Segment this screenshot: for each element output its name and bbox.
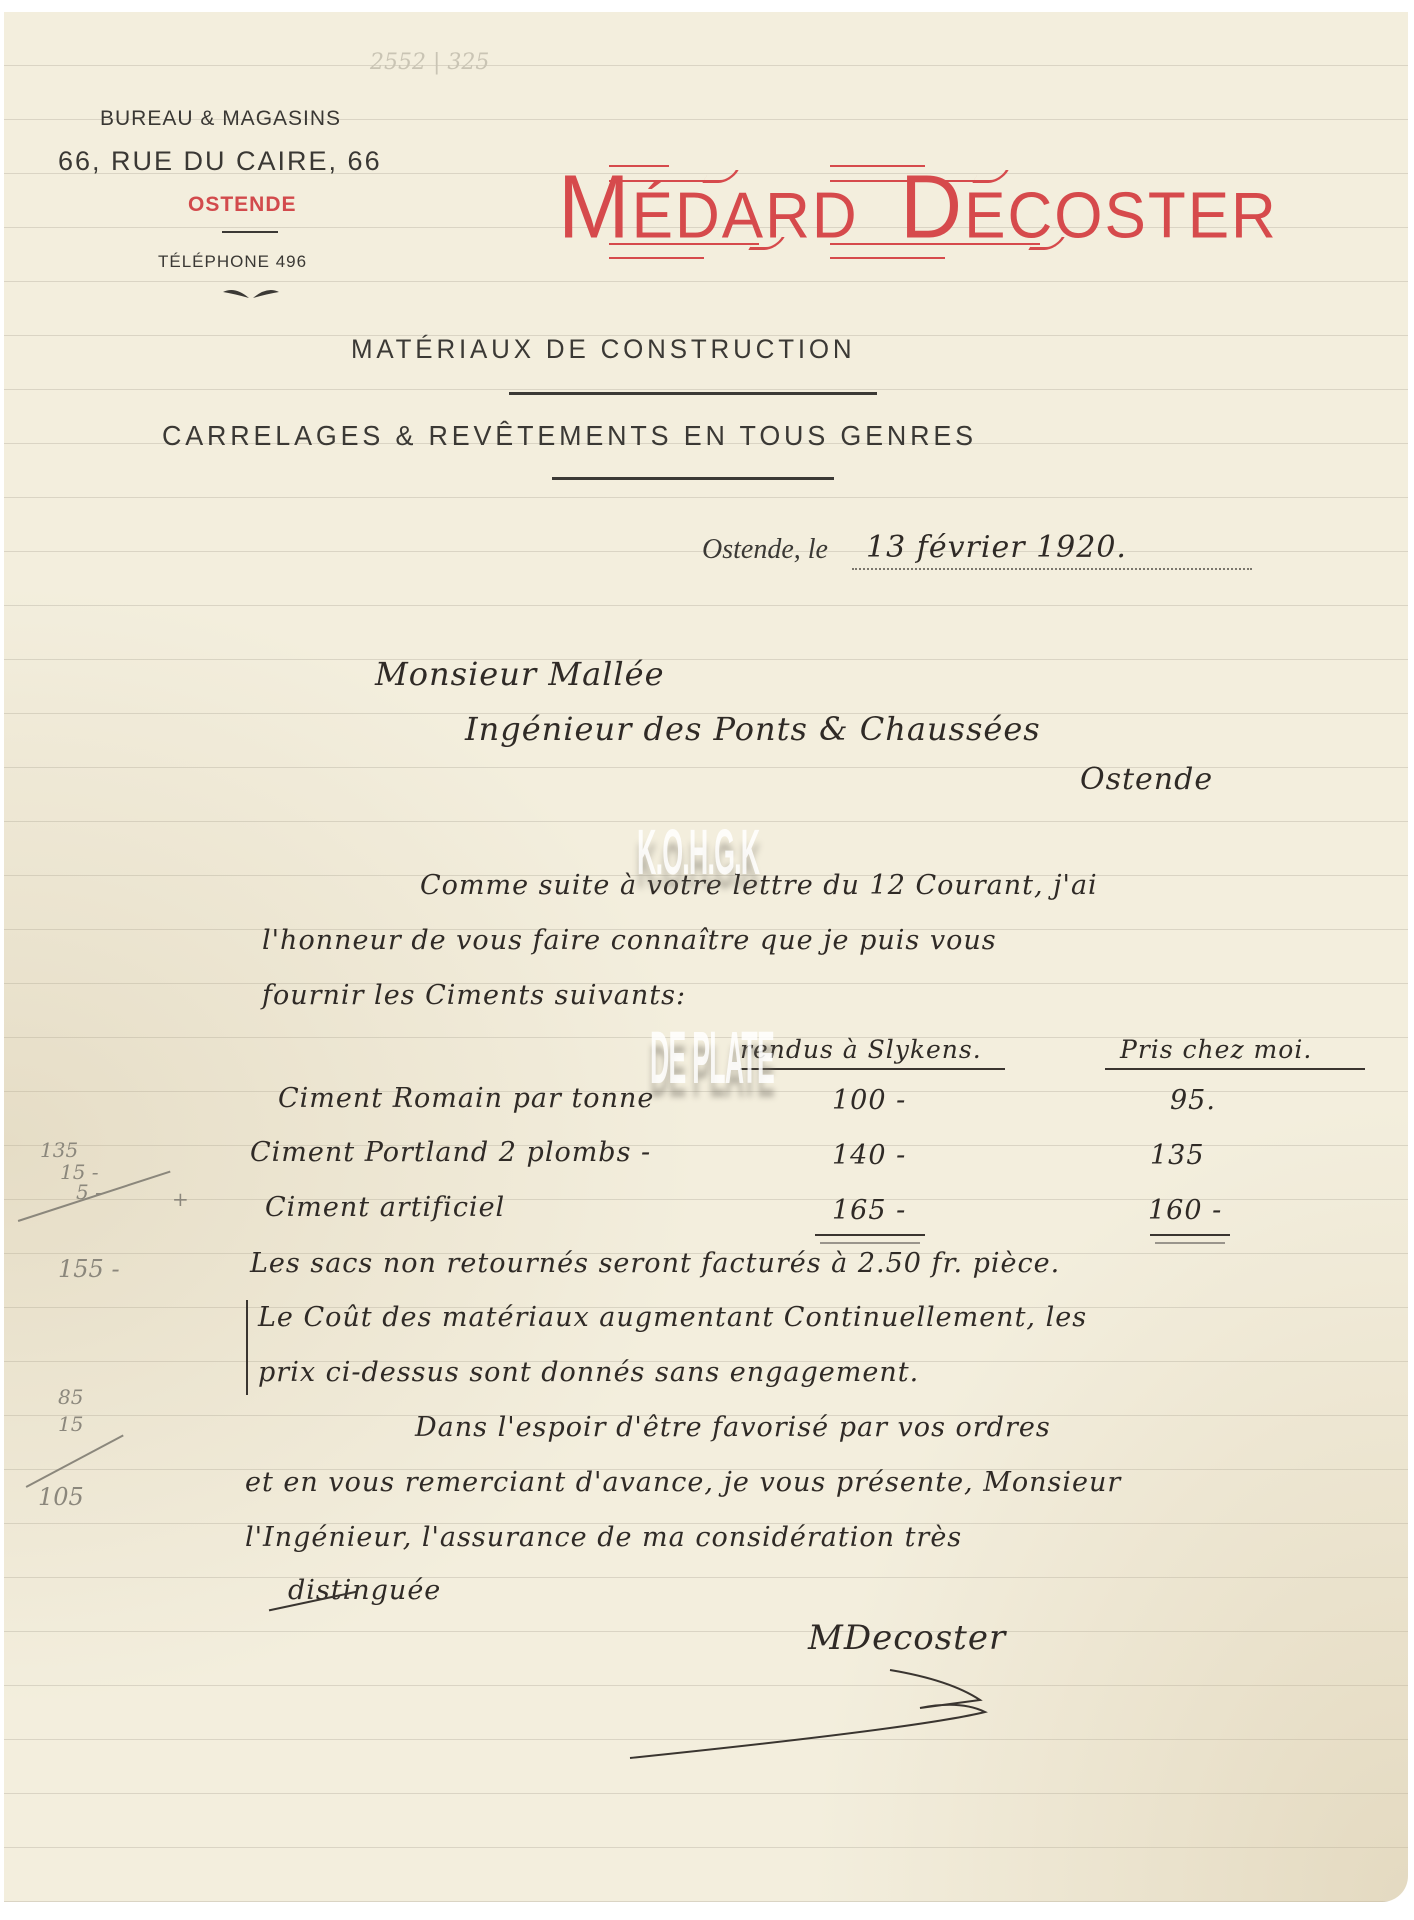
recipient-city: Ostende	[1080, 762, 1213, 797]
brand-rule	[609, 257, 704, 259]
brand-rule	[830, 257, 945, 259]
recipient-title: Ingénieur des Ponts & Chaussées	[465, 710, 1041, 748]
table-row-delivered: 100 -	[832, 1085, 906, 1116]
dateline-date: 13 février 1920.	[866, 530, 1127, 565]
margin-calc-line: 85	[58, 1385, 83, 1409]
total-underline	[1150, 1234, 1230, 1236]
signature-flourish	[620, 1640, 1140, 1760]
brand-rest: ECOSTER	[964, 180, 1278, 252]
tagline-tiles: CARRELAGES & REVÊTEMENTS EN TOUS GENRES	[162, 420, 977, 452]
table-row-item: Ciment artificiel	[265, 1192, 505, 1223]
body-line: et en vous remerciant d'avance, je vous …	[245, 1467, 1121, 1498]
tagline-materials: MATÉRIAUX DE CONSTRUCTION	[351, 334, 855, 365]
table-row-delivered: 140 -	[832, 1140, 906, 1171]
margin-calc-line: 15	[58, 1412, 83, 1436]
divider	[552, 477, 834, 480]
telephone: TÉLÉPHONE 496	[158, 252, 307, 272]
body-line: Le Coût des matériaux augmentant Continu…	[258, 1302, 1087, 1333]
table-row-item: Ciment Portland 2 plombs -	[250, 1137, 651, 1168]
column-header-pickup: Pris chez moi.	[1120, 1035, 1312, 1064]
body-line: fournir les Ciments suivants:	[262, 980, 686, 1011]
divider	[509, 392, 877, 395]
brand-rule	[609, 243, 759, 245]
city: OSTENDE	[188, 193, 297, 217]
table-row-pickup: 135	[1150, 1140, 1205, 1171]
brand-rule	[830, 165, 925, 167]
total-underline	[815, 1234, 925, 1236]
body-line: Les sacs non retournés seront facturés à…	[250, 1248, 1060, 1279]
brand-rule	[609, 165, 669, 167]
margin-calc-result: 105	[38, 1483, 84, 1511]
total-underline	[1155, 1242, 1225, 1244]
header-underline	[1105, 1068, 1365, 1070]
divider	[222, 231, 278, 233]
body-line: prix ci-dessus sont donnés sans engageme…	[258, 1357, 919, 1388]
total-underline	[820, 1242, 920, 1244]
margin-calc-line: 135	[40, 1138, 78, 1162]
table-row-delivered: 165 -	[832, 1195, 906, 1226]
brand-rule	[609, 180, 709, 182]
watermark-line-1: K.O.H.G.K	[637, 815, 759, 889]
letter-sheet	[4, 12, 1408, 1902]
column-header-delivered: rendus à Slykens.	[740, 1035, 982, 1064]
margin-calc-mark: +	[172, 1187, 189, 1211]
dateline-place: Ostende, le	[702, 534, 828, 566]
brand-rest: ÉDARD	[632, 180, 859, 252]
body-line: Dans l'espoir d'être favorisé par vos or…	[415, 1412, 1051, 1443]
address: 66, RUE DU CAIRE, 66	[58, 146, 382, 177]
date-dotted-line	[852, 568, 1252, 570]
brand-rule	[830, 243, 1040, 245]
archive-mark: 2552 | 325	[370, 50, 489, 75]
table-row-pickup: 160 -	[1148, 1195, 1222, 1226]
margin-calc-result: 155 -	[58, 1255, 120, 1283]
ornament-icon	[221, 284, 281, 307]
watermark-line-2: DE PLATE	[650, 1015, 774, 1100]
office-line: BUREAU & MAGASINS	[100, 107, 341, 131]
margin-bracket	[246, 1300, 248, 1395]
table-row-item: Ciment Romain par tonne	[278, 1083, 654, 1114]
body-line: l'Ingénieur, l'assurance de ma considéra…	[245, 1522, 962, 1553]
table-row-pickup: 95.	[1170, 1085, 1216, 1116]
recipient-name: Monsieur Mallée	[375, 655, 665, 693]
brand-rule	[830, 180, 980, 182]
body-line: l'honneur de vous faire connaître que je…	[262, 925, 997, 956]
header-underline	[740, 1068, 1005, 1070]
